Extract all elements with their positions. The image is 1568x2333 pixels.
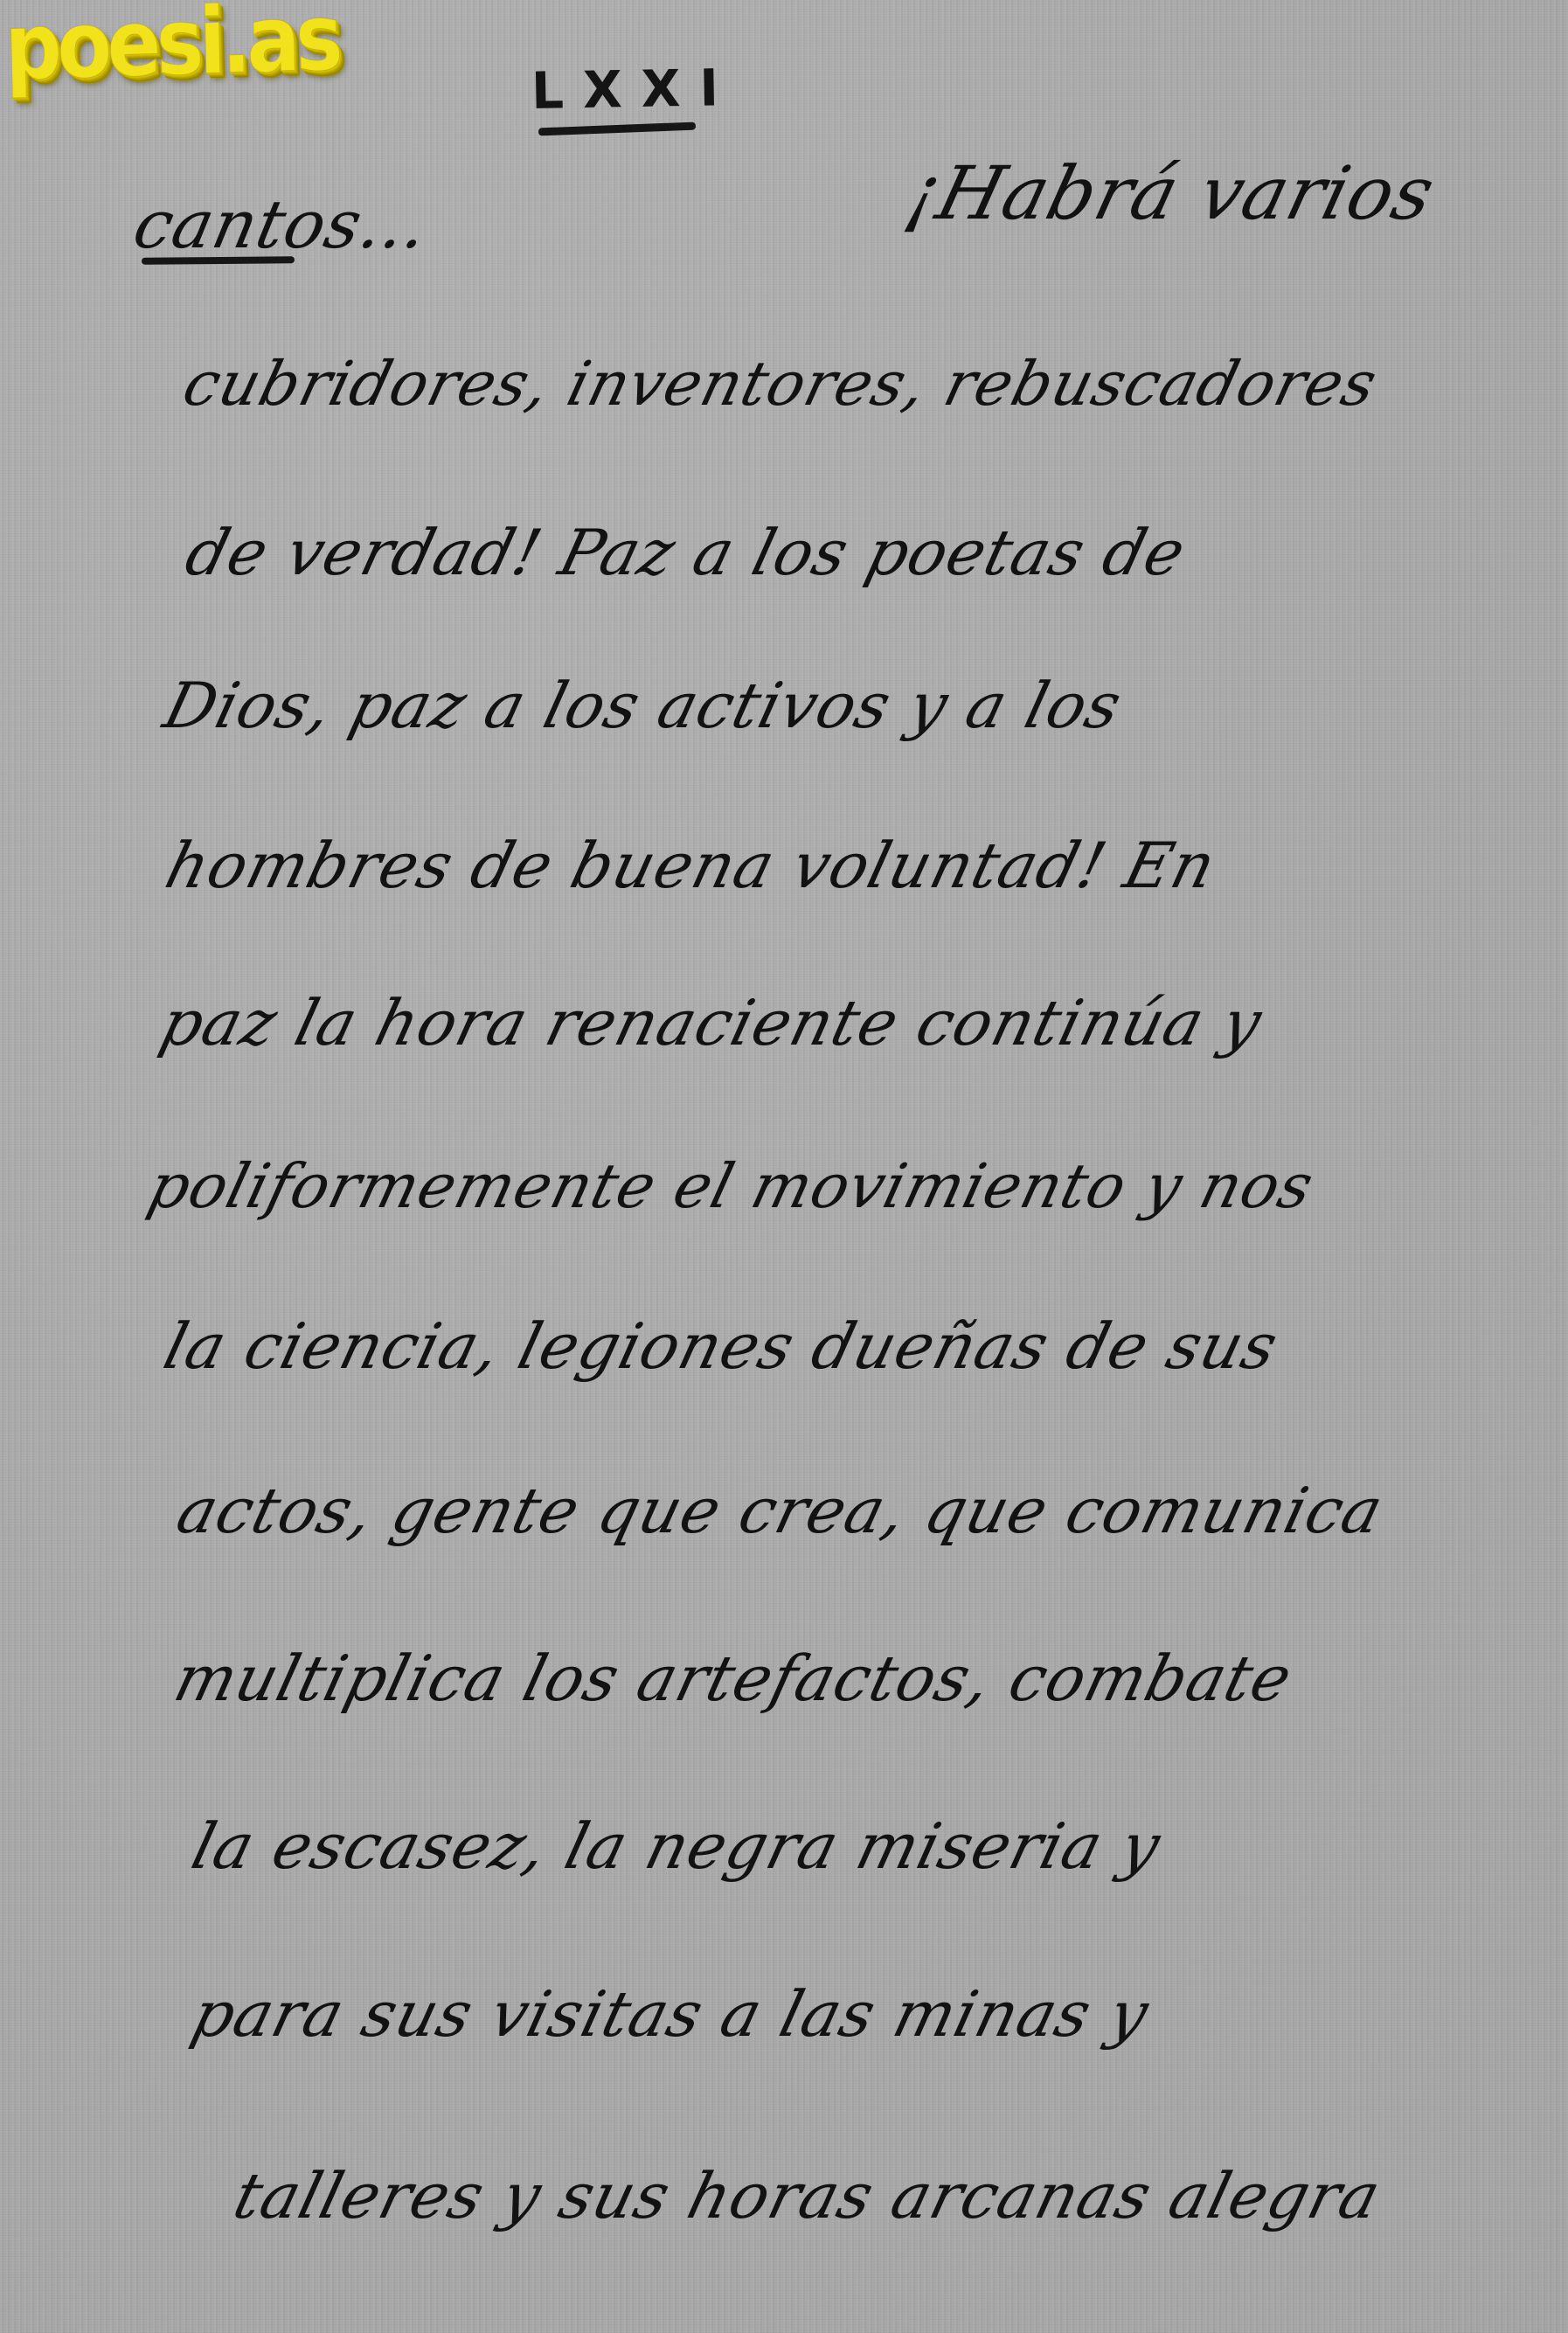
manuscript-line-2: cubridores, inventores, rebuscadores: [177, 348, 1384, 420]
manuscript-line-12: para sus visitas a las minas y: [185, 1977, 1156, 2051]
heading-underline: [538, 122, 696, 136]
manuscript-line-4: Dios, paz a los activos y a los: [157, 669, 1129, 742]
manuscript-line-10: multiplica los artefactos, combate: [168, 1642, 1300, 1715]
manuscript-line-6: paz la hora renaciente continúa y: [154, 986, 1270, 1059]
manuscript-line-5: hombres de buena voluntad! En: [159, 829, 1224, 902]
manuscript-line-1: ¡Habrá varios: [898, 150, 1443, 236]
manuscript-line-13: talleres y sus horas arcanas alegra: [227, 2159, 1389, 2232]
cantos-underline: [142, 256, 295, 265]
manuscript-line-8: la ciencia, legiones dueñas de sus: [157, 1309, 1286, 1383]
manuscript-line-11: la escasez, la negra miseria y: [185, 1809, 1169, 1883]
manuscript-line-7: poliformemente el movimiento y nos: [142, 1150, 1321, 1222]
manuscript-line-3: de verdad! Paz a los poetas de: [179, 516, 1194, 589]
cantos-label: cantos...: [128, 185, 436, 263]
poesias-logo-watermark: poesi.as: [3, 0, 339, 94]
poem-number-heading: LXXI: [531, 58, 738, 121]
manuscript-line-9: actos, gente que crea, que comunica: [170, 1474, 1391, 1547]
